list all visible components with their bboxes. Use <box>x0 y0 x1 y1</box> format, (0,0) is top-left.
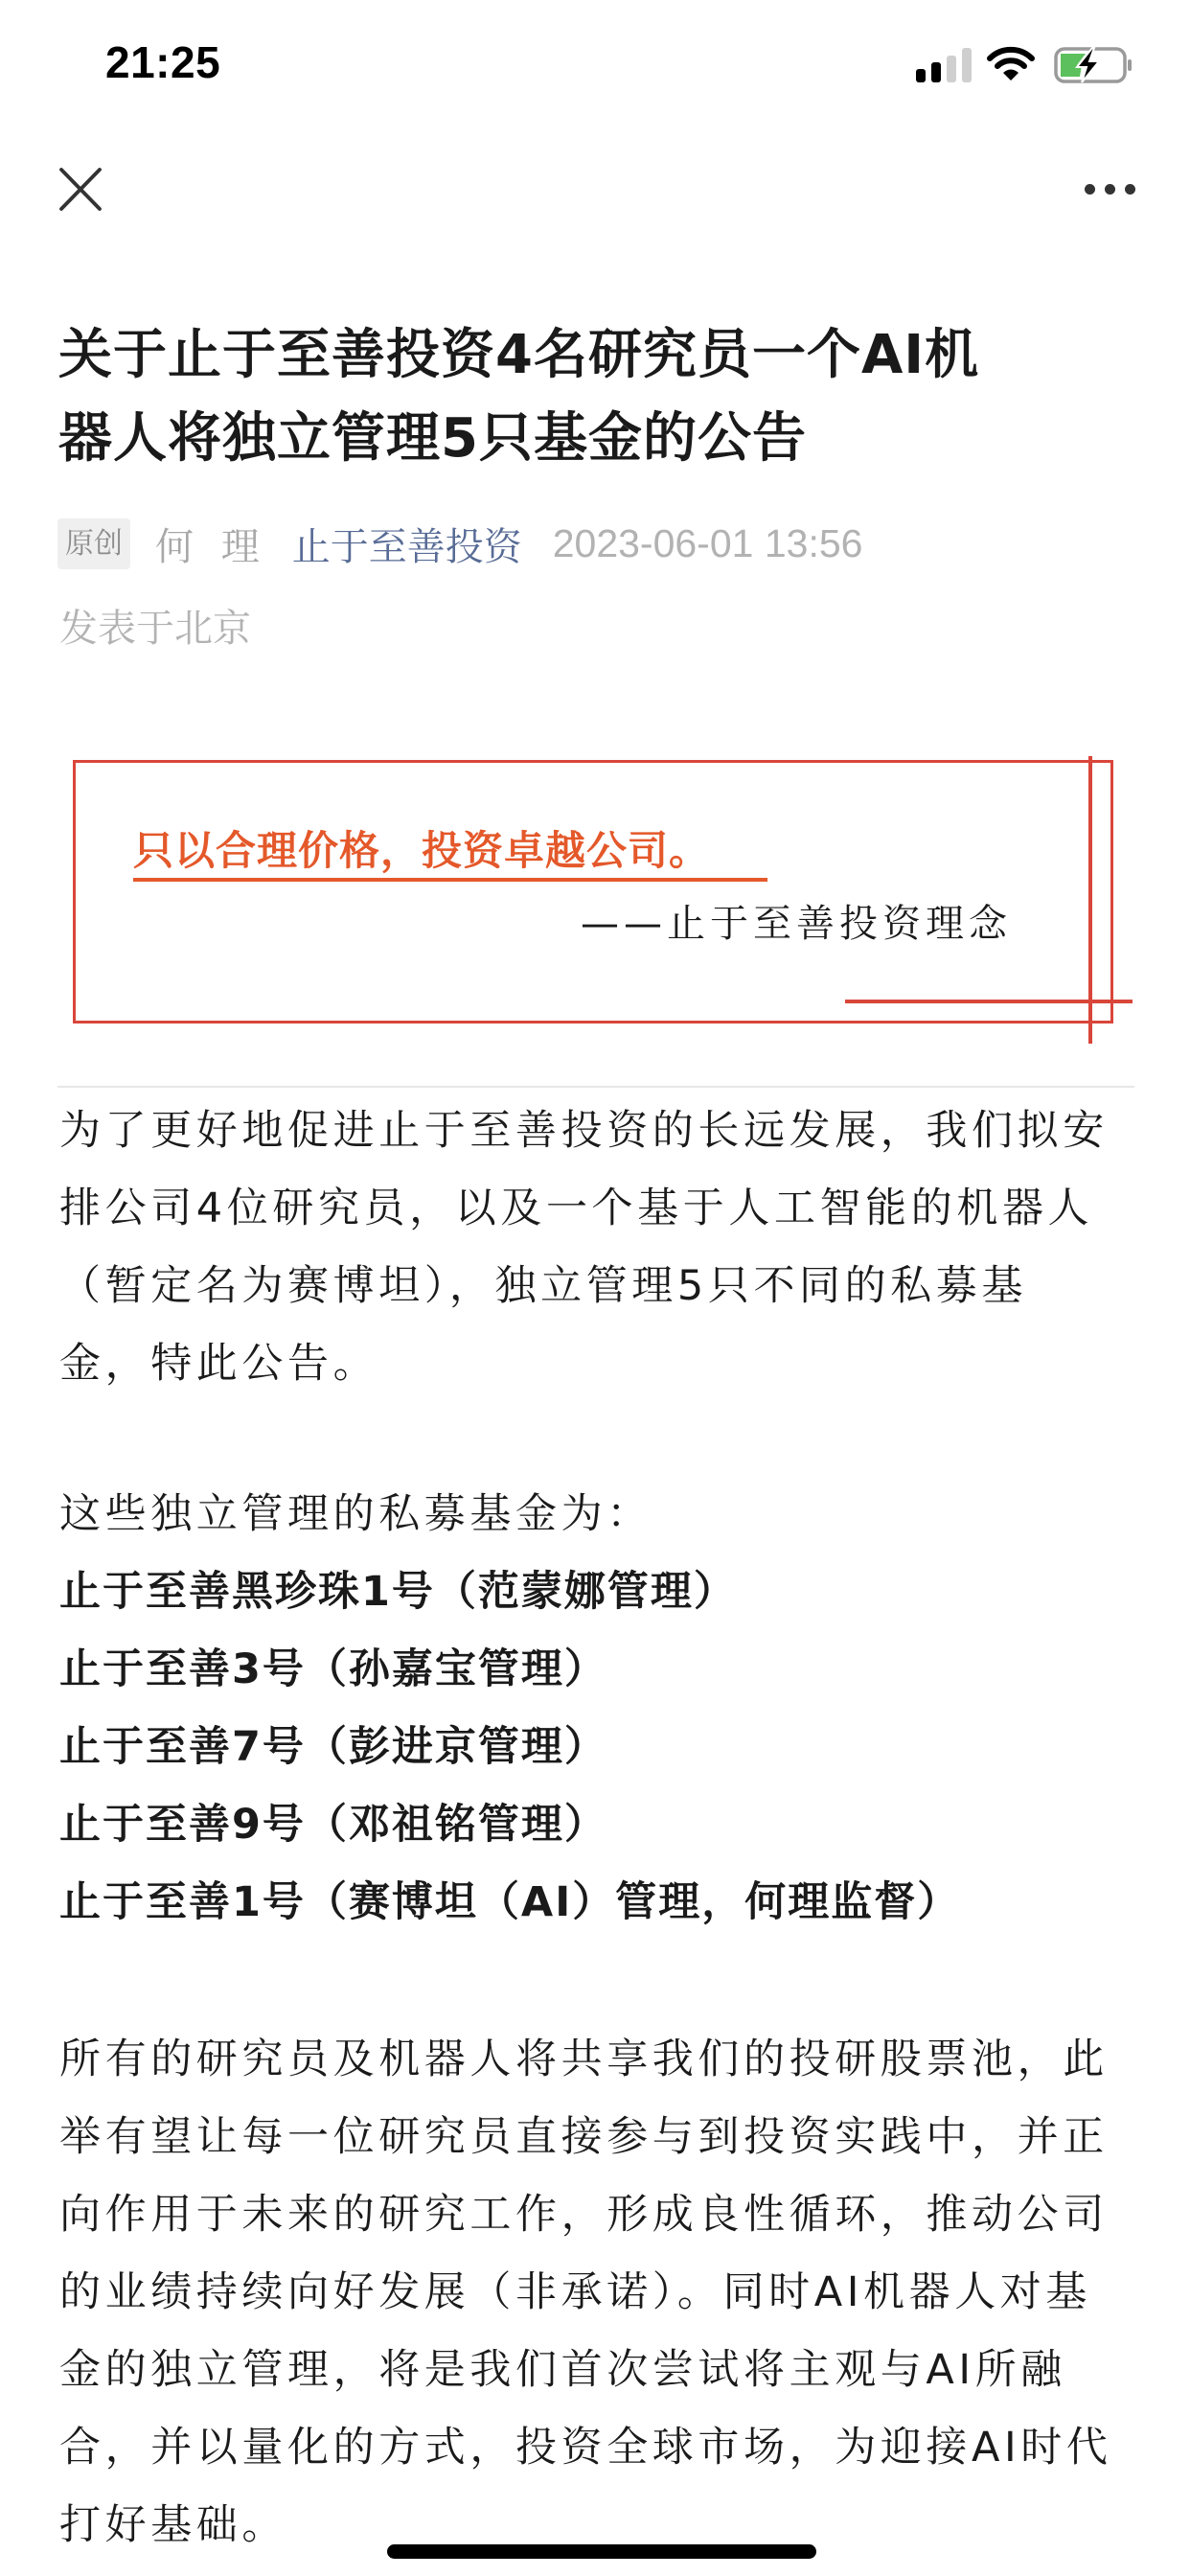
paragraph-line: 合，并以量化的方式，投资全球市场，为迎接AI时代 <box>59 2409 1142 2487</box>
more-dots-icon <box>1105 184 1115 195</box>
paragraph-line: 举有望让每一位研究员直接参与到投资实践中，并正 <box>59 2099 1142 2176</box>
article-meta: 原创 何 理 止于至善投资 2023-06-01 13:56 <box>57 517 862 569</box>
article-title-line: 关于止于至善投资4名研究员一个AI机 <box>58 313 1141 397</box>
paragraph-line: 金的独立管理，将是我们首次尝试将主观与AI所融 <box>59 2332 1142 2409</box>
close-button[interactable] <box>56 165 105 215</box>
paragraph-line: 排公司4位研究员，以及一个基于人工智能的机器人 <box>59 1170 1142 1248</box>
quote-frame <box>73 760 1113 1023</box>
author-name: 何 理 <box>155 517 267 571</box>
article-title: 关于止于至善投资4名研究员一个AI机 器人将独立管理5只基金的公告 <box>58 313 1141 480</box>
fund-item: 止于至善9号（邓祖铭管理） <box>59 1786 1142 1864</box>
original-badge: 原创 <box>57 518 130 569</box>
paragraph-line: （暂定名为赛博坦），独立管理5只不同的私募基 <box>59 1248 1142 1325</box>
paragraph-details: 所有的研究员及机器人将共享我们的投研股票池，此 举有望让每一位研究员直接参与到投… <box>59 2021 1142 2564</box>
paragraph-line: 金，特此公告。 <box>59 1325 1142 1403</box>
more-options-button[interactable] <box>1075 174 1144 203</box>
more-dots-icon <box>1125 184 1135 195</box>
quote-frame-accent-horizontal <box>845 1000 1133 1003</box>
home-indicator[interactable] <box>387 2544 816 2559</box>
paragraph-line: 为了更好地促进止于至善投资的长远发展，我们拟安 <box>59 1092 1142 1170</box>
quote-attribution: ——止于至善投资理念 <box>581 899 1012 949</box>
quote-text: 只以合理价格，投资卓越公司。 <box>133 824 710 878</box>
fund-item: 止于至善1号（赛博坦（AI）管理，何理监督） <box>59 1864 1142 1942</box>
funds-intro: 这些独立管理的私募基金为： <box>59 1476 1142 1553</box>
paragraph-line: 的业绩持续向好发展（非承诺）。同时AI机器人对基 <box>59 2254 1142 2332</box>
status-time: 21:25 <box>105 36 220 88</box>
account-name-link[interactable]: 止于至善投资 <box>292 517 522 571</box>
paragraph-line: 向作用于未来的研究工作，形成良性循环，推动公司 <box>59 2176 1142 2254</box>
paragraph-line: 所有的研究员及机器人将共享我们的投研股票池，此 <box>59 2021 1142 2099</box>
fund-item: 止于至善3号（孙嘉宝管理） <box>59 1631 1142 1709</box>
content-divider <box>57 1086 1134 1088</box>
fund-item: 止于至善7号（彭进京管理） <box>59 1709 1142 1786</box>
publish-datetime: 2023-06-01 13:56 <box>553 521 863 566</box>
paragraph-intro: 为了更好地促进止于至善投资的长远发展，我们拟安 排公司4位研究员，以及一个基于人… <box>59 1092 1142 1403</box>
article-title-line: 器人将独立管理5只基金的公告 <box>58 397 1141 480</box>
more-dots-icon <box>1085 184 1095 195</box>
quote-underline <box>133 878 767 882</box>
publish-location: 发表于北京 <box>59 598 251 653</box>
close-icon <box>56 165 105 215</box>
wifi-icon <box>987 46 1035 82</box>
funds-section: 这些独立管理的私募基金为： 止于至善黑珍珠1号（范蒙娜管理） 止于至善3号（孙嘉… <box>59 1476 1142 1942</box>
fund-item: 止于至善黑珍珠1号（范蒙娜管理） <box>59 1553 1142 1631</box>
status-bar: 21:25 <box>0 0 1190 125</box>
cellular-signal-icon <box>916 48 972 82</box>
battery-charging-icon <box>1054 47 1133 83</box>
